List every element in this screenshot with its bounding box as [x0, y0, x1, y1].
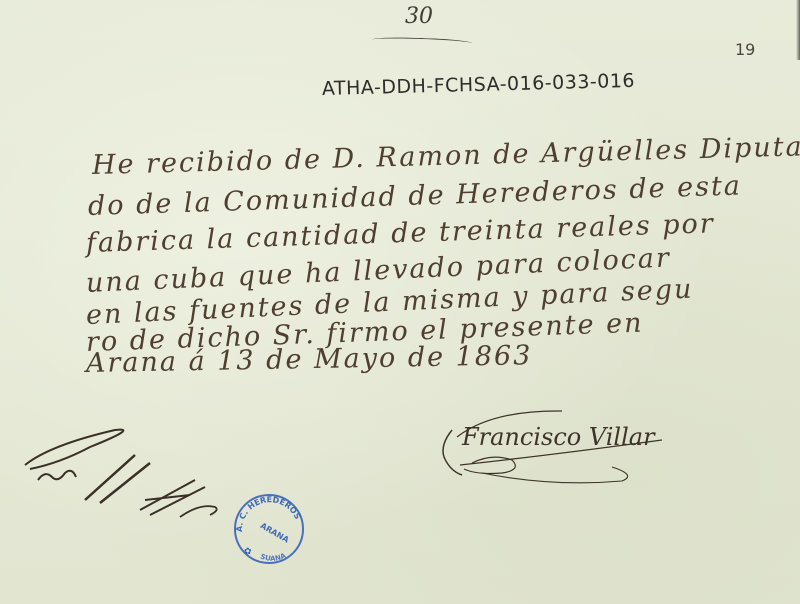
svg-text:SUANA: SUANA — [259, 551, 287, 563]
folio-number: 30 — [405, 4, 433, 29]
signature-left — [20, 425, 220, 535]
signature-right: Francisco Villar — [432, 405, 682, 490]
page-edge-shadow — [796, 0, 800, 60]
archive-stamp: A. C. HEREDEROS ARANA SUANA ✿ — [230, 490, 308, 568]
svg-text:Francisco Villar: Francisco Villar — [461, 423, 656, 451]
svg-text:✿: ✿ — [244, 547, 252, 557]
svg-text:ARANA: ARANA — [259, 521, 291, 545]
page-number: 19 — [735, 40, 755, 59]
